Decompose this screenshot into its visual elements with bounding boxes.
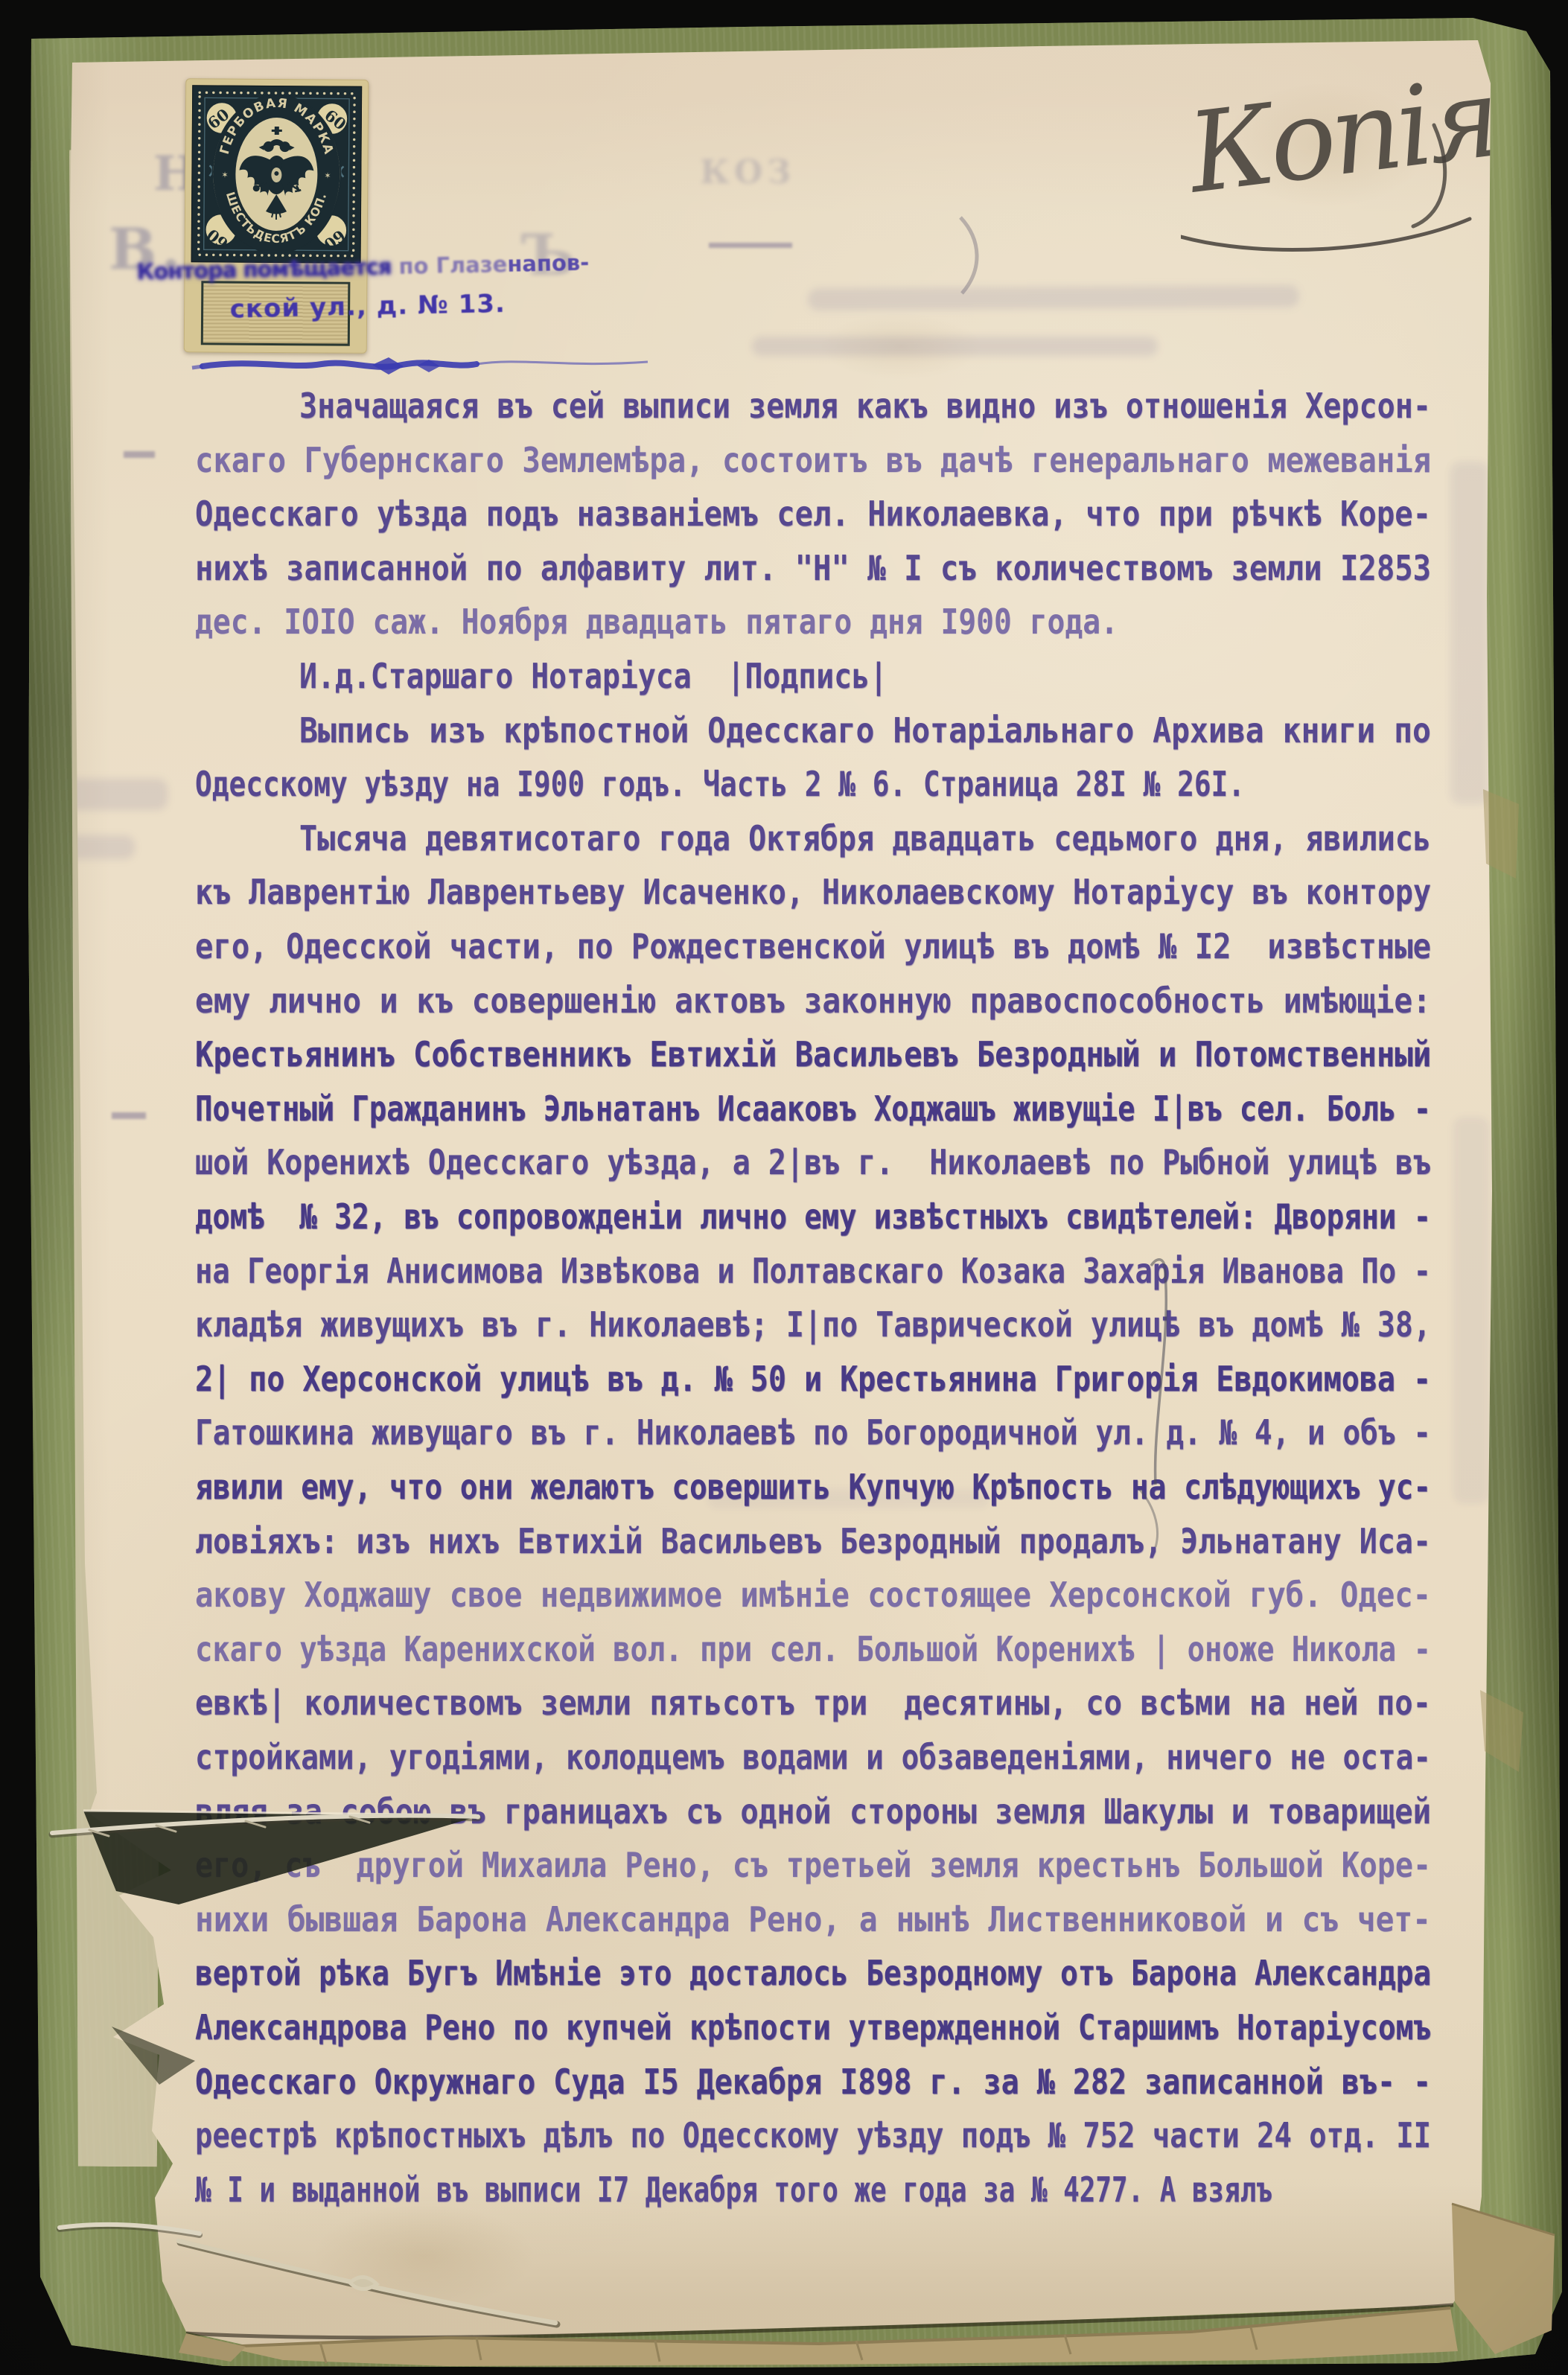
pen-cancellation-flourish [0, 0, 1568, 2375]
margin-mark [124, 451, 155, 458]
typewritten-line: дес. IOIO саж. Ноября двадцать пятаго дн… [195, 603, 1118, 640]
typewritten-line: ловіяхъ: изъ нихъ Евтихій Васильевъ Безр… [195, 1523, 1431, 1560]
typewritten-line: его, Одесской части, по Рождественской у… [195, 928, 1431, 965]
typewritten-line: Одесскаго уѣзда подъ названіемъ сел. Ник… [195, 495, 1431, 532]
typewritten-line: явили ему, что они желаютъ совершить Куп… [195, 1468, 1431, 1505]
typewritten-text-block: Значащаяся въ сей выписи земля какъ видн… [0, 0, 1568, 2375]
typewritten-line: нихѣ записанной по алфавиту лит. "Н" № I… [195, 549, 1431, 587]
paper-stain [819, 313, 983, 380]
typewritten-line: шой Коренихѣ Одесскаго уѣзда, а 2|въ г. … [195, 1144, 1431, 1181]
verso-text-ghost [1450, 462, 1489, 804]
typewritten-line: домѣ № 32, въ сопровожденіи лично ему из… [195, 1198, 1431, 1235]
typewritten-line: Александрова Рено по купчей крѣпости утв… [195, 2009, 1431, 2046]
stamp-coupon [201, 281, 351, 345]
paper-stain [1221, 82, 1430, 208]
paper-stain [313, 2204, 536, 2308]
office-stamp-text: напов- [507, 250, 590, 277]
verso-text-ghost [707, 1489, 990, 1508]
faint-pen-marks [0, 0, 1568, 2375]
typewritten-line: 2| по Херсонской улицѣ въ д. № 50 и Крес… [195, 1360, 1431, 1397]
faded-letterhead-fragment: КОЗ [700, 153, 795, 191]
typewritten-line: Выпись изъ крѣпостной Одесскаго Нотаріал… [299, 712, 1431, 749]
typewritten-line: вляя за собою въ границахъ съ одной стор… [195, 1793, 1431, 1830]
typewritten-line: стройками, угодіями, колодцемъ водами и … [195, 1738, 1431, 1776]
typewritten-line: скаго Губернскаго Землемѣра, состоитъ въ… [195, 441, 1431, 479]
stamp-separator: ✶ [324, 170, 331, 180]
typewritten-line: И.д.Старшаго Нотаріуса |Подпись| [299, 657, 887, 695]
typewritten-line: № I и выданной въ выписи I7 Декабря того… [195, 2171, 1272, 2208]
letterhead-dash [709, 243, 792, 248]
photographed-archival-document: НИ КОЗ В. И Ъ 60 60 60 60 [0, 0, 1568, 2375]
verso-text-ghost [752, 337, 1158, 356]
typewritten-line: кладѣя живущихъ въ г. Николаевѣ; I|по Та… [195, 1306, 1431, 1343]
typewritten-line: на Георгія Анисимова Извѣкова и Полтавск… [195, 1252, 1431, 1289]
handwriting-flourish [1181, 71, 1494, 265]
typewritten-line: его, съ другой Михаила Рено, съ третьей … [195, 1846, 1431, 1884]
typewritten-line: Одесскаго Окружнаго Суда I5 Декабря I898… [195, 2063, 1431, 2100]
document-page: НИ КОЗ В. И Ъ 60 60 60 60 [0, 0, 1568, 2375]
faded-letterhead-fragment: Ъ [521, 222, 576, 288]
typewritten-line: скаго уѣзда Каренихской вол. при сел. Бо… [195, 1630, 1431, 1668]
typewritten-line: Почетный Гражданинъ Эльнатанъ Исааковъ Х… [195, 1090, 1431, 1127]
handwritten-word: Копія [1182, 53, 1503, 217]
typewritten-line: Одесскому уѣзду на I900 годъ. Часть 2 № … [195, 765, 1245, 803]
office-stamp-faint-text: по Глазе [391, 252, 508, 279]
typewritten-line: къ Лаврентію Лаврентьеву Исаченко, Никол… [195, 873, 1431, 911]
typewritten-line: Крестьянинъ Собственникъ Евтихій Василье… [195, 1036, 1431, 1073]
typewritten-line: Значащаяся въ сей выписи земля какъ видн… [299, 387, 1431, 424]
revenue-stamp-face: 60 60 60 60 [191, 85, 363, 264]
typewritten-line: Тысяча девятисотаго года Октября двадцат… [299, 820, 1431, 857]
typewritten-line: реестрѣ крѣпостныхъ дѣлъ по Одесскому уѣ… [195, 2117, 1431, 2154]
typewritten-line: ему лично и къ совершенію актовъ законну… [195, 982, 1431, 1019]
typewritten-line: вертой рѣка Бугъ Имѣніе это досталось Бе… [195, 1954, 1431, 1992]
typewritten-line: Гатошкина живущаго въ г. Николаевѣ по Бо… [195, 1414, 1431, 1451]
handwritten-annotation: Копія [1188, 71, 1501, 265]
stamp-separator: ✶ [221, 170, 228, 179]
revenue-stamp: 60 60 60 60 [184, 78, 369, 354]
verso-text-ghost [1453, 1117, 1489, 1504]
typewritten-line: нихи бывшая Барона Александра Рено, а ны… [195, 1901, 1431, 1938]
typewritten-line: евкѣ| количествомъ земли пятьсотъ три де… [195, 1684, 1431, 1721]
typewritten-line: акову Ходжашу свое недвижимое имѣніе сос… [195, 1576, 1431, 1613]
margin-mark [112, 1112, 146, 1119]
verso-text-ghost [808, 285, 1299, 311]
